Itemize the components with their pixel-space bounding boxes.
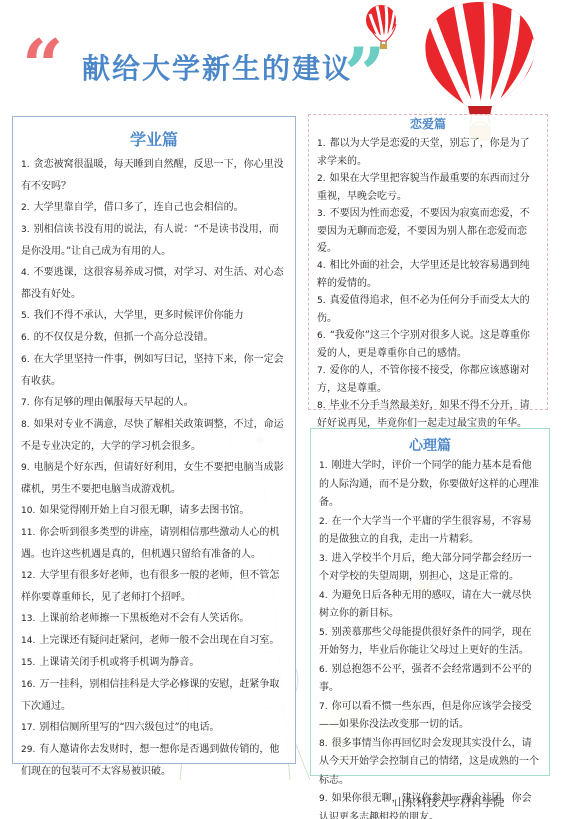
list-item: 3.别相信读书没有用的说法，有人说：“不是读书没用，而是你没用。”让自己成为有用… [21, 219, 287, 262]
list-item: 2.大学里靠自学，借口多了，连自己也会相信的。 [21, 197, 287, 219]
list-item: 15.上课请关闭手机或将手机调为静音。 [21, 652, 287, 674]
list-item: 17.别相信厕所里写的“四六级包过”的电话。 [21, 717, 287, 739]
list-item: 2.在一个大学当一个平庸的学生很容易，不容易的是做独立的自我，走出一片精彩。 [319, 513, 541, 550]
list-item: 5.真爱值得追求，但不必为任何分手而受太大的伤。 [317, 292, 539, 327]
list-item: 1.都以为大学是恋爱的天堂，别忘了，你是为了求学来的。 [317, 135, 539, 170]
list-item: 4.为避免日后各种无用的感叹，请在大一就尽快树立你的新目标。 [319, 587, 541, 624]
list-item: 7.爱你的人，不管你接不接受，你都应该感谢对方，这是尊重。 [317, 362, 539, 397]
list-item: 8.如果对专业不满意，尽快了解相关政策调整，不过，命运不是专业决定的，大学的学习… [21, 414, 287, 457]
list-item: 6.的不仅仅是分数，但抓一个高分总没错。 [21, 327, 287, 349]
academic-list: 1.贪恋被窝很温暖，每天睡到自然醒，反思一下，你心里没有不安吗？ 2.大学里靠自… [13, 154, 295, 782]
list-item: 1.刚进大学时，评价一个同学的能力基本是看他的人际沟通，而不是分数，你要做好这样… [319, 457, 541, 513]
list-item: 8.很多事情当你再回忆时会发现其实没什么，请从今天开始学会控制自己的情绪，这是成… [319, 735, 541, 791]
list-item: 11.你会听到很多类型的讲座，请别相信那些激动人心的机遇。也许这些机遇是真的，但… [21, 522, 287, 565]
list-item: 2.如果在大学里把容貌当作最重要的东西而过分重视，早晚会吃亏。 [317, 170, 539, 205]
academic-section-title: 学业篇 [13, 127, 295, 150]
list-item: 16.万一挂科，别相信挂科是大学必修课的安慰，赶紧争取下次通过。 [21, 674, 287, 717]
list-item: 1.贪恋被窝很温暖，每天睡到自然醒，反思一下，你心里没有不安吗？ [21, 154, 287, 197]
list-item: 6.在大学里坚持一件事，例如写曰记，坚持下来，你一定会有收获。 [21, 349, 287, 392]
list-item: 6.“我爱你”这三个字别对很多人说。这是尊重你爱的人，更是尊重你自己的感情。 [317, 327, 539, 362]
open-quote-icon: “ [22, 30, 53, 102]
list-item: 5.别羡慕那些父母能提供很好条件的同学，现在开始努力，毕业后你能让父母过上更好的… [319, 624, 541, 661]
list-item: 8.毕业不分手当然最美好，如果不得不分开，请好好说再见，毕竟你们一起走过最宝贵的… [317, 397, 539, 432]
psychology-list: 1.刚进大学时，评价一个同学的能力基本是看他的人际沟通，而不是分数，你要做好这样… [311, 457, 549, 819]
list-item: 6.别总抱怨不公平，强者不会经常遇到不公平的事。 [319, 661, 541, 698]
page-header: “ 献给大学新生的建议 ” [0, 0, 566, 115]
list-item: 12.大学里有很多好老师，也有很多一般的老师，但不管怎样你要尊重师长，见了老师打… [21, 565, 287, 608]
list-item: 4.相比外面的社会，大学里还是比较容易遇到纯粹的爱情的。 [317, 257, 539, 292]
psychology-section: 心理篇 1.刚进大学时，评价一个同学的能力基本是看他的人际沟通，而不是分数，你要… [310, 428, 550, 776]
list-item: 3.进入学校半个月后，绝大部分同学都会经历一个对学校的失望周期，别担心，这是正常… [319, 550, 541, 587]
psychology-section-title: 心理篇 [311, 435, 549, 455]
love-section: 恋爱篇 1.都以为大学是恋爱的天堂，别忘了，你是为了求学来的。 2.如果在大学里… [308, 114, 548, 410]
list-item: 29.有人邀请你去发财时，想一想你是否遇到做传销的，他们现在的包装可不太容易被识… [21, 739, 287, 782]
love-section-title: 恋爱篇 [309, 115, 547, 132]
love-list: 1.都以为大学是恋爱的天堂，别忘了，你是为了求学来的。 2.如果在大学里把容貌当… [309, 135, 547, 432]
page-title: 献给大学新生的建议 [82, 47, 352, 87]
list-item: 9.电脑是个好东西，但请好好利用，女生不要把电脑当成影碟机，男生不要把电脑当成游… [21, 457, 287, 500]
institution-signature: 山东科技大学材料学院 [394, 794, 504, 810]
list-item: 7.你有足够的理由佩服每天早起的人。 [21, 392, 287, 414]
list-item: 13.上课前给老师擦一下黑板绝对不会有人笑话你。 [21, 608, 287, 630]
academic-section: 学业篇 1.贪恋被窝很温暖，每天睡到自然醒，反思一下，你心里没有不安吗？ 2.大… [12, 116, 296, 764]
list-item: 7.你可以看不惯一些东西，但是你应该学会接受——如果你没法改变那一切的话。 [319, 698, 541, 735]
list-item: 10.如果觉得刚开始上自习很无聊，请多去图书馆。 [21, 500, 287, 522]
list-item: 14.上完课还有疑问赶紧问，老师一般不会出现在自习室。 [21, 630, 287, 652]
small-hot-air-balloon-icon [364, 4, 400, 50]
list-item: 5.我们不得不承认，大学里，更多时候评价你能力 [21, 305, 287, 327]
list-item: 3.不要因为性而恋爱，不要因为寂寞而恋爱，不要因为无聊而恋爱，不要因为别人都在恋… [317, 205, 539, 257]
list-item: 4.不要逃课，这很容易养成习惯，对学习、对生活、对心态都没有好处。 [21, 262, 287, 305]
